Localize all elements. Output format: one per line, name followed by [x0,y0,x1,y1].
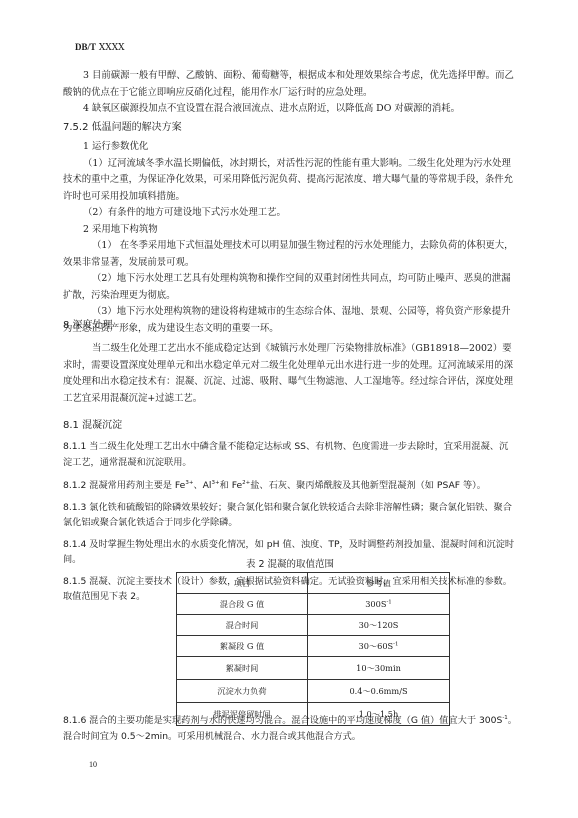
table-caption: 表 2 混凝的取值范围 [63,556,517,570]
section-8: 8 深度处理 当二级生化处理工艺出水不能成稳定达到《城镇污水处理厂污染物排放标准… [63,316,517,407]
clause-8-1-6-block: 8.1.6 混合的主要功能是实现药剂与水的快速均匀混合。混合设施中的平均速度梯度… [63,711,517,744]
table-header-row: 项目 参考值 [177,573,450,594]
superscript: -1 [386,599,391,605]
column-header: 项目 [177,573,308,594]
cell-value: 30～120S [308,615,450,636]
table-row: 絮凝时间 10～30min [177,657,450,680]
text: 、Al [193,480,211,491]
superscript: 3+ [211,480,219,486]
table-row: 混合时间 30～120S [177,615,450,636]
standard-number: XXXX [99,43,125,53]
cell-value: 0.4～0.6mm/S [308,680,450,703]
column-header: 参考值 [308,573,450,594]
section-heading: 7.5.2 低温问题的解决方案 [63,118,517,133]
section-heading: 8 深度处理 [63,316,517,331]
paragraph-item-3: 3 目前碳源一般有甲醇、乙酸钠、面粉、葡萄糖等，根据成本和处理效果综合考虑，优先… [63,68,517,101]
text: 8.1.6 混合的主要功能是实现药剂与水的快速均匀混合。混合设施中的平均速度梯度… [63,715,502,726]
paragraph: （2）地下污水处理工艺具有处理构筑物和操作空间的双重封闭性共同点，均可防止噪声、… [63,271,517,304]
text: 和 Fe [220,480,243,491]
cell-item: 絮凝段 G 值 [177,636,308,657]
cell-item: 混合时间 [177,615,308,636]
standard-prefix: DB/T [75,42,96,52]
carbon-source-items: 3 目前碳源一般有甲醇、乙酸钠、面粉、葡萄糖等，根据成本和处理效果综合考虑，优先… [63,68,517,118]
table-row: 沉淀水力负荷 0.4～0.6mm/S [177,680,450,703]
value: 30～60S [359,641,394,651]
table-row: 混合段 G 值 300S-1 [177,594,450,615]
cell-item: 沉淀水力负荷 [177,680,308,703]
section-heading: 8.1 混凝沉淀 [63,416,517,431]
table-2: 项目 参考值 混合段 G 值 300S-1 混合时间 30～120S 絮凝段 G… [176,572,450,726]
section-7-5-2: 7.5.2 低温问题的解决方案 1 运行参数优化 （1）辽河流域冬季水温长期偏低… [63,118,517,337]
text: 盐、石灰、聚丙烯酰胺及其他新型混凝剂（如 PSAF 等）。 [250,480,486,491]
paragraph: （2）有条件的地方可建设地下式污水处理工艺。 [63,205,517,222]
value: 300S [365,599,386,609]
paragraph-item-4: 4 缺氧区碳源投加点不宜设置在混合液回流点、进水点附近，以降低高 DO 对碳源的… [63,101,517,118]
cell-value: 30～60S-1 [308,636,450,657]
paragraph: （1） 在冬季采用地下式恒温处理技术可以明显加强生物过程的污水处理能力，去除负荷… [63,238,517,271]
document-header: DB/T XXXX [75,42,125,53]
subsection-title: 1 运行参数优化 [63,139,517,156]
clause-8-1-1: 8.1.1 当二级生化处理工艺出水中磷含量不能稳定达标或 SS、有机物、色度需进… [63,439,517,470]
cell-item: 混合段 G 值 [177,594,308,615]
document-page: DB/T XXXX 3 目前碳源一般有甲醇、乙酸钠、面粉、葡萄糖等，根据成本和处… [0,0,578,818]
clause-8-1-6: 8.1.6 混合的主要功能是实现药剂与水的快速均匀混合。混合设施中的平均速度梯度… [63,711,517,744]
paragraph: 当二级生化处理工艺出水不能成稳定达到《城镇污水处理厂污染物排放标准》（GB189… [63,341,517,407]
subsection-title: 2 采用地下构筑物 [63,222,517,239]
table-2-caption: 表 2 混凝的取值范围 [63,556,517,570]
cell-item: 絮凝时间 [177,657,308,680]
page-number: 10 [89,760,97,769]
cell-value: 10～30min [308,657,450,680]
paragraph: （1）辽河流域冬季水温长期偏低，冰封期长，对活性污泥的性能有重大影响。二级生化处… [63,156,517,206]
text: 8.1.2 混凝常用药剂主要是 Fe [63,480,185,491]
clause-8-1-3: 8.1.3 氯化铁和硫酸铝的除磷效果较好；聚合氯化铝和聚合氯化铁较适合去除非溶解… [63,500,517,531]
clause-8-1-2: 8.1.2 混凝常用药剂主要是 Fe3+、Al3+和 Fe2+盐、石灰、聚丙烯酰… [63,476,517,494]
superscript: -1 [393,641,398,647]
table-row: 絮凝段 G 值 30～60S-1 [177,636,450,657]
cell-value: 300S-1 [308,594,450,615]
